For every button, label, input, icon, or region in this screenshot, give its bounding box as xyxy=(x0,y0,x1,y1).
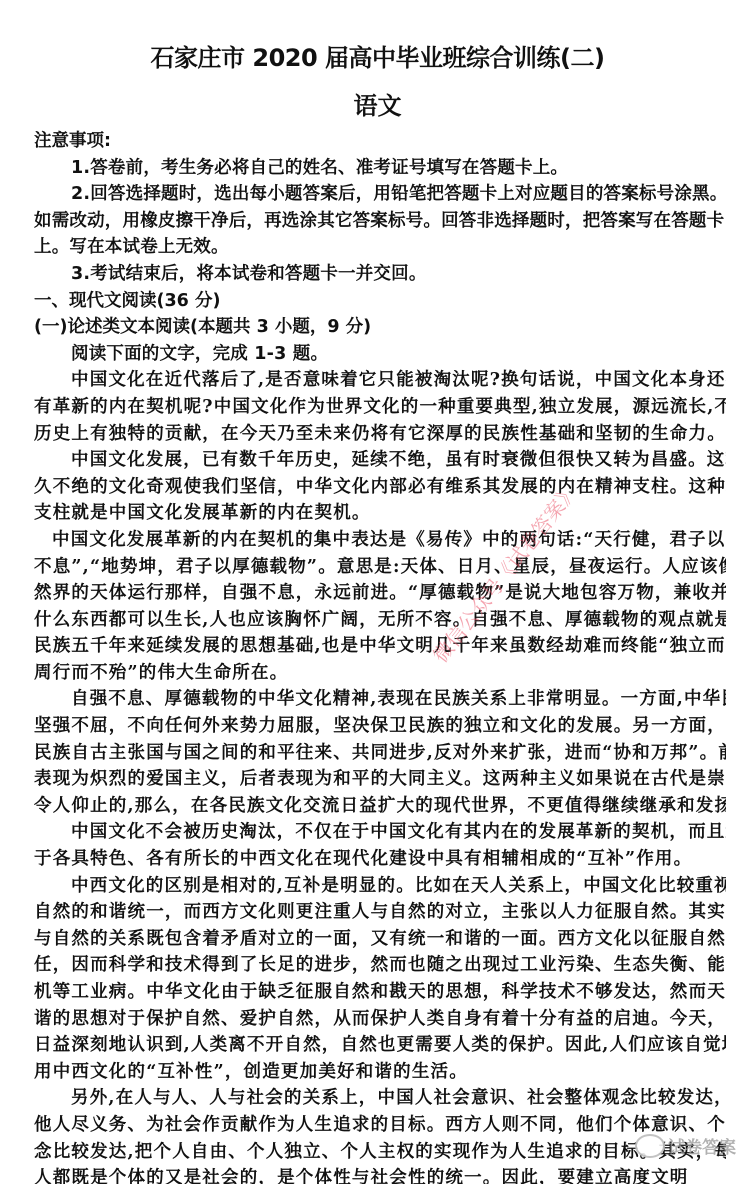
passage-line: 久不绝的文化奇观使我们坚信，中华文化内部必有维系其发展的内在精神支柱。这种精神 xyxy=(34,474,726,501)
subject-title: 语文 xyxy=(0,86,755,121)
passage-line: 用中西文化的“互补性”，创造更加美好和谐的生活。 xyxy=(34,1059,726,1086)
passage-line: 然界的天体运行那样，自强不息，永远前进。“厚德载物”是说大地包容万物，兼收并蓄， xyxy=(34,580,726,607)
passage-line: 日益深刻地认识到,人类离不开自然，自然也更需要人类的保护。因此,人们应该自觉地利 xyxy=(34,1032,726,1059)
passage-line: 民族五千年来延续发展的思想基础,也是中华文明几千年来虽数经劫难而终能“独立而不改… xyxy=(34,633,726,660)
passage-line: 念比较发达,把个人自由、个人独立、个人主权的实现作为人生追求的目标。其实，每一个 xyxy=(34,1139,726,1166)
notice-item: 如需改动，用橡皮擦干净后，再选涂其它答案标号。回答非选择题时，把答案写在答题卡 xyxy=(34,208,726,235)
passage-line: 有革新的内在契机呢?中国文化作为世界文化的一种重要典型,独立发展，源远流长,不仅… xyxy=(34,394,726,421)
wechat-logo: 试卷答案 xyxy=(635,1133,736,1158)
exam-body: 注意事项: 1.答卷前，考生务必将自己的姓名、准考证号填写在答题卡上。 2.回答… xyxy=(34,128,726,1184)
passage-line: 历史上有独特的贡献，在今天乃至未来仍将有它深厚的民族性基础和坚韧的生命力。 xyxy=(34,421,726,448)
notice-item: 1.答卷前，考生务必将自己的姓名、准考证号填写在答题卡上。 xyxy=(34,155,726,182)
exam-title: 石家庄市 2020 届高中毕业班综合训练(二) xyxy=(0,38,755,73)
passage-line: 支柱就是中国文化发展革新的内在契机。 xyxy=(34,500,726,527)
notice-item: 2.回答选择题时，选出每小题答案后，用铅笔把答题卡上对应题目的答案标号涂黑。 xyxy=(34,181,726,208)
logo-text: 试卷答案 xyxy=(668,1133,736,1158)
passage-line: 民族自古主张国与国之间的和平往来、共同进步,反对外来扩张，进而“协和万邦”。前者 xyxy=(34,740,726,767)
passage-line: 人都既是个体的又是社会的，是个体性与社会性的统一。因此，要建立高度文明 xyxy=(34,1165,726,1184)
notice-item: 3.考试结束后，将本试卷和答题卡一并交回。 xyxy=(34,261,726,288)
section-subheading: (一)论述类文本阅读(本题共 3 小题，9 分) xyxy=(34,314,726,341)
passage-line: 什么东西都可以生长,人也应该胸怀广阔，无所不容。自强不息、厚德载物的观点就是中华 xyxy=(34,607,726,634)
passage-line: 周行而不殆”的伟大生命所在。 xyxy=(34,660,726,687)
passage-line: 自强不息、厚德载物的中华文化精神,表现在民族关系上非常明显。一方面,中华民族 xyxy=(34,686,726,713)
notice-item: 上。写在本试卷上无效。 xyxy=(34,234,726,261)
passage-line: 任，因而科学和技术得到了长足的进步，然而也随之出现过工业污染、生态失衡、能源危 xyxy=(34,952,726,979)
passage-line: 不息”,“地势坤，君子以厚德载物”。意思是:天体、日月、星辰，昼夜运行。人应该像… xyxy=(34,554,726,581)
passage-line: 中国文化发展，已有数千年历史，延续不绝，虽有时衰微但很快又转为昌盛。这种经 xyxy=(34,447,726,474)
passage-line: 中西文化的区别是相对的,互补是明显的。比如在天人关系上，中国文化比较重视人与 xyxy=(34,873,726,900)
passage-line: 中国文化发展革新的内在契机的集中表达是《易传》中的两句话:“天行健，君子以自强 xyxy=(34,527,726,554)
exam-page: 石家庄市 2020 届高中毕业班综合训练(二) 语文 注意事项: 1.答卷前，考… xyxy=(0,0,755,1184)
notice-heading: 注意事项: xyxy=(34,128,726,155)
passage-line: 中国文化不会被历史淘汰，不仅在于中国文化有其内在的发展革新的契机，而且还在 xyxy=(34,819,726,846)
passage-line: 自然的和谐统一，而西方文化则更注重人与自然的对立，主张以人力征服自然。其实，人 xyxy=(34,899,726,926)
passage-line: 中国文化在近代落后了,是否意味着它只能被淘汰呢?换句话说，中国文化本身还有没 xyxy=(34,367,726,394)
passage-line: 于各具特色、各有所长的中西文化在现代化建设中具有相辅相成的“互补”作用。 xyxy=(34,846,726,873)
passage-line: 另外,在人与人、人与社会的关系上，中国人社会意识、社会整体观念比较发达，把为 xyxy=(34,1085,726,1112)
passage-line: 他人尽义务、为社会作贡献作为人生追求的目标。西方人则不同，他们个体意识、个体观 xyxy=(34,1112,726,1139)
passage-line: 机等工业病。中华文化由于缺乏征服自然和戡天的思想，科学技术不够发达，然而天人和 xyxy=(34,979,726,1006)
passage-line: 令人仰止的,那么，在各民族文化交流日益扩大的现代世界，不更值得继续继承和发扬吗? xyxy=(34,793,726,820)
passage-line: 表现为炽烈的爱国主义，后者表现为和平的大同主义。这两种主义如果说在古代是崇高的、 xyxy=(34,766,726,793)
passage-line: 坚强不屈，不向任何外来势力屈服，坚决保卫民族的独立和文化的发展。另一方面，中华 xyxy=(34,713,726,740)
passage-line: 与自然的关系既包含着矛盾对立的一面，又有统一和谐的一面。西方文化以征服自然为己 xyxy=(34,926,726,953)
section-heading: 一、现代文阅读(36 分) xyxy=(34,288,726,315)
reading-instruction: 阅读下面的文字，完成 1-3 题。 xyxy=(34,341,726,368)
wechat-icon xyxy=(635,1134,665,1158)
passage-line: 谐的思想对于保护自然、爱护自然，从而保护人类自身有着十分有益的启迪。今天，人们 xyxy=(34,1006,726,1033)
